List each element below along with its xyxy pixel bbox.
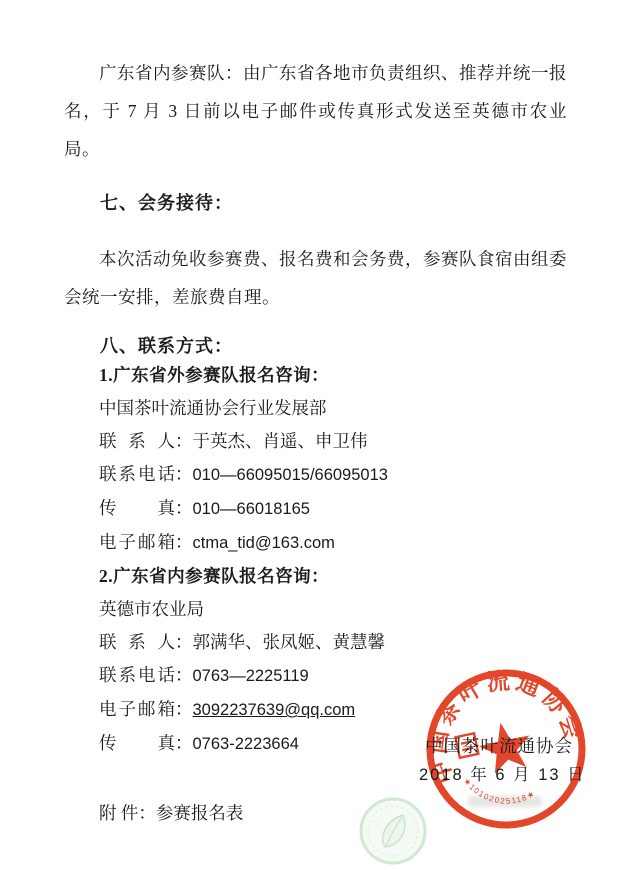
field-label: 联系电话: [99, 659, 175, 692]
paragraph-guangdong-teams: 广东省内参赛队：由广东省各地市负责组织、推荐并统一报名，于 7 月 3 日前以电…: [64, 54, 567, 168]
label-colon: ：: [175, 498, 193, 518]
tea-leaf-watermark: [357, 795, 429, 867]
contact-out-row-person: 联系人：于英杰、肖遥、申卫伟: [64, 425, 567, 458]
contact-out-title: 1.广东省外参赛队报名咨询：: [64, 359, 567, 392]
label-colon: ：: [175, 632, 193, 652]
contact-out-row-fax: 传真：010—66018165: [64, 492, 567, 526]
field-value: 010—66095015/66095013: [193, 466, 388, 484]
contact-in-org: 英德市农业局: [64, 593, 567, 626]
heading-section-8: 八、联系方式：: [64, 333, 567, 359]
signature-org: 中国茶叶流通协会: [425, 733, 573, 758]
field-label: 电子邮箱: [99, 693, 175, 726]
label-colon: ：: [175, 532, 193, 552]
field-label: 联系人: [99, 626, 175, 659]
heading-section-7: 七、会务接待：: [64, 185, 567, 222]
field-value: 郭满华、张凤姬、黄慧馨: [193, 632, 386, 652]
document-page: 广东省内参赛队：由广东省各地市负责组织、推荐并统一报名，于 7 月 3 日前以电…: [0, 0, 625, 870]
field-label: 联系人: [99, 425, 175, 458]
contact-out-row-email: 电子邮箱：ctma_tid@163.com: [64, 526, 567, 560]
field-value: ctma_tid@163.com: [193, 534, 335, 552]
contact-out-org: 中国茶叶流通协会行业发展部: [64, 392, 567, 425]
contact-in-title: 2.广东省内参赛队报名咨询：: [64, 560, 567, 593]
label-colon: ：: [175, 464, 193, 484]
label-colon: ：: [175, 431, 193, 451]
contact-in-row-person: 联系人：郭满华、张凤姬、黄慧馨: [64, 626, 567, 659]
field-value: 010—66018165: [193, 500, 310, 518]
label-colon: ：: [175, 699, 193, 719]
field-value: 于英杰、肖遥、申卫伟: [193, 431, 368, 451]
label-colon: ：: [175, 665, 193, 685]
field-label: 传真: [99, 492, 175, 525]
field-label: 电子邮箱: [99, 526, 175, 559]
label-colon: ：: [175, 733, 193, 753]
signature-date: 2018 年 6 月 13 日: [419, 761, 586, 785]
field-value: 0763-2223664: [193, 735, 299, 753]
field-label: 联系电话: [99, 458, 175, 491]
paragraph-fees: 本次活动免收参赛费、报名费和会务费，参赛队食宿由组委会统一安排，差旅费自理。: [64, 240, 567, 316]
leaf-logo-icon: [357, 795, 429, 867]
field-label: 传真: [99, 727, 175, 760]
field-value: 3092237639@qq.com: [193, 701, 356, 719]
contact-out-row-phone: 联系电话：010—66095015/66095013: [64, 458, 567, 492]
field-value: 0763—2225119: [193, 667, 309, 685]
